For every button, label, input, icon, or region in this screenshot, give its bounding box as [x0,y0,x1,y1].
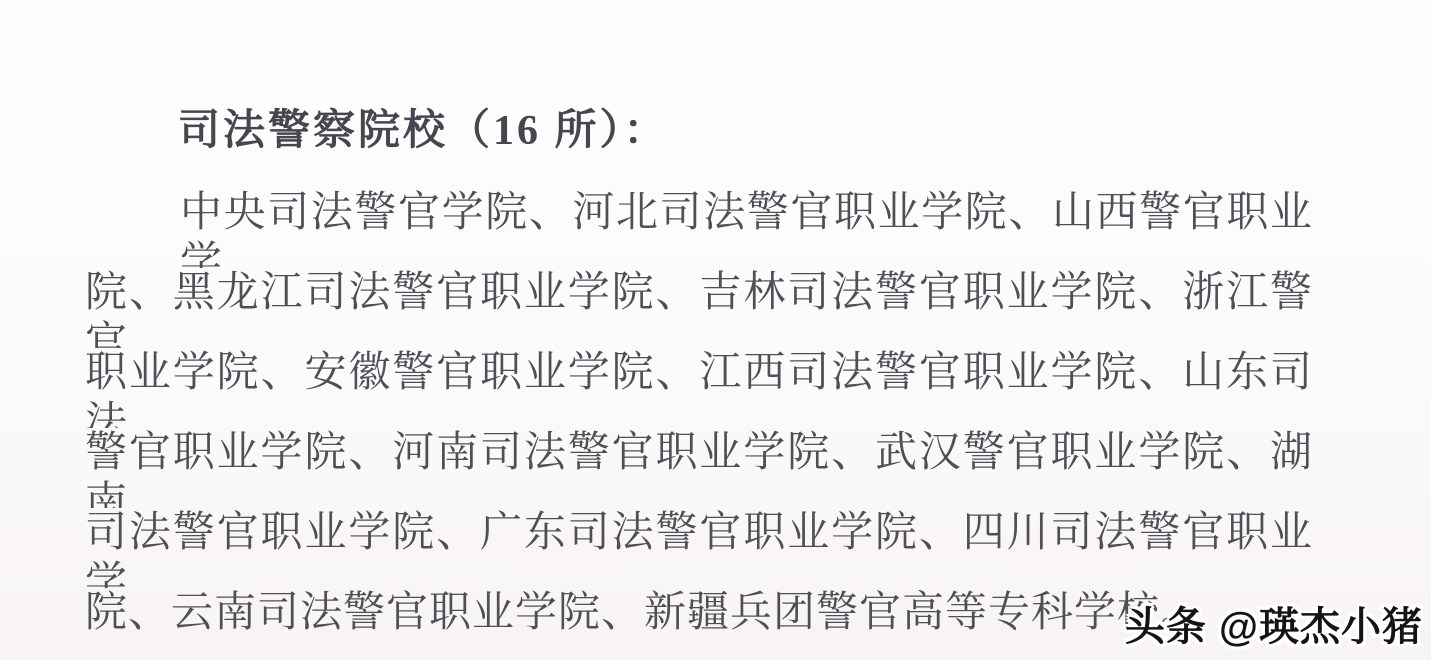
text-line: 职业学院、安徽警官职业学院、江西司法警官职业学院、山东司法 [85,348,1313,428]
text-line: 院、黑龙江司法警官职业学院、吉林司法警官职业学院、浙江警官 [85,268,1313,348]
text-line: 司法警官职业学院、广东司法警官职业学院、四川司法警官职业学 [85,508,1313,588]
page-title: 司法警察院校（16 所）： [85,106,1313,156]
text-line: 中央司法警官学院、河北司法警官职业学院、山西警官职业学 [85,188,1313,268]
text-line: 警官职业学院、河南司法警官职业学院、武汉警官职业学院、湖南 [85,428,1313,508]
school-list-paragraph: 中央司法警官学院、河北司法警官职业学院、山西警官职业学 院、黑龙江司法警官职业学… [85,188,1313,660]
watermark: 头条 @瑛杰小猪 [1125,595,1423,652]
document-page: 司法警察院校（16 所）： 中央司法警官学院、河北司法警官职业学院、山西警官职业… [85,106,1313,660]
